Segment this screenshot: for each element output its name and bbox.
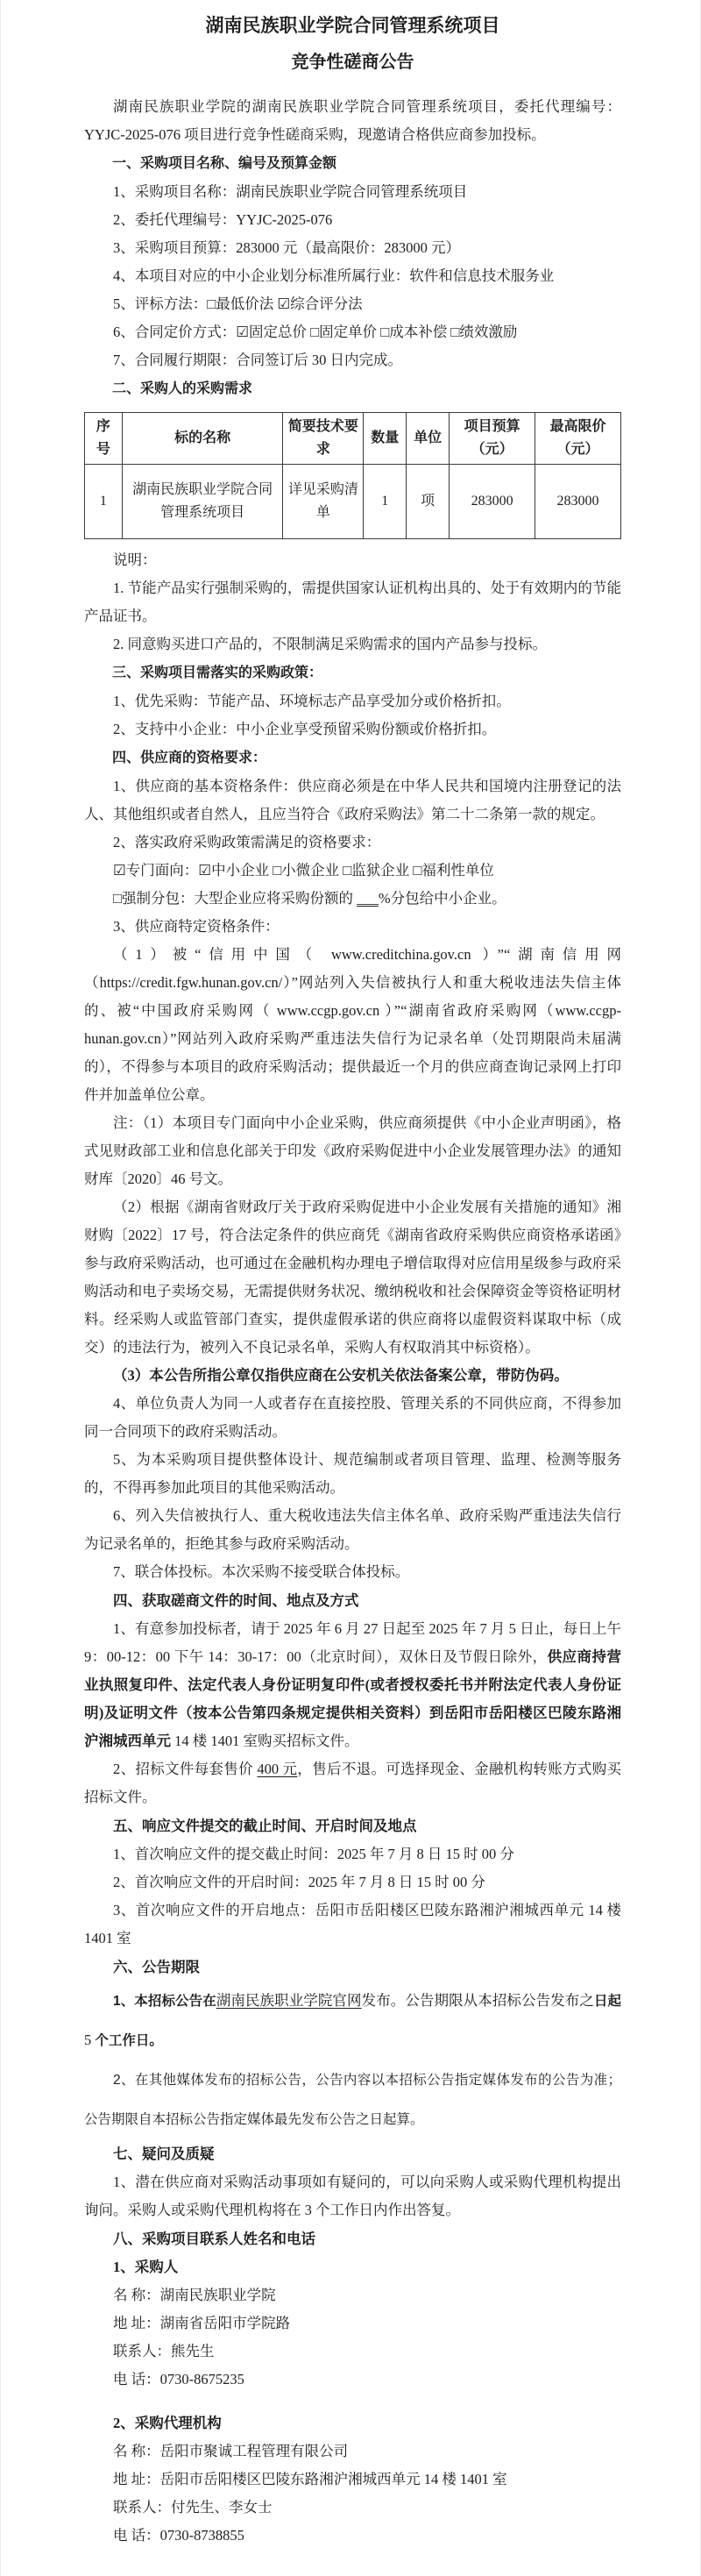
s1-item-2: 2、委托代理编号：YYJC-2025-076 (84, 206, 621, 234)
table-header-cell: 序号 (85, 413, 123, 465)
s3-item-1: 1、优先采购：节能产品、环境标志产品享受加分或价格折扣。 (84, 687, 621, 715)
s1-item-4: 4、本项目对应的中小企业划分标准所属行业：软件和信息技术服务业 (84, 262, 621, 290)
s6-item-2: 2、在其他媒体发布的招标公告，公告内容以本招标公告指定媒体发布的公告为准；公告期… (84, 2060, 621, 2139)
s4-item-4: 4、单位负责人为同一人或者存在直接控股、管理关系的不同供应商，不得参加同一合同项… (84, 1390, 621, 1446)
section-3-heading: 三、采购项目需落实的采购政策： (84, 658, 621, 687)
s4-item-5: 5、为本采购项目提供整体设计、规范编制或者项目管理、监理、检测等服务的，不得再参… (84, 1446, 621, 1502)
table-cell: 详见采购清单 (283, 465, 364, 539)
acquire-item-2: 2、招标文件每套售价 400 元，售后不退。可选择现金、金融机构转账方式购买招标… (84, 1755, 621, 1811)
table-note-label: 说明： (84, 546, 621, 574)
text-run: 2、在其他媒体发布的招标公告，公告内容以本招标公告指定媒体发布的公告为准；公告期… (84, 2073, 621, 2127)
text-run: 电 话：0730-8738855 (113, 2527, 244, 2544)
text-run: 1、本招标公告在 (113, 1994, 216, 2009)
section-4-heading: 四、供应商的资格要求： (84, 744, 621, 772)
table-header-cell: 项目预算（元） (450, 413, 535, 465)
text-run: 联系人：付先生、李女士 (113, 2499, 273, 2516)
text-run: 7、联合体投标。本次采购不接受联合体投标。 (113, 1563, 409, 1580)
text-run: （1）被“信用中国（ www.creditchina.gov.cn ）”“湖南信… (84, 946, 621, 1103)
table-cell: 1 (85, 465, 123, 539)
text-run: 3、供应商特定资格条件： (113, 918, 280, 935)
agency-heading: 2、采购代理机构 (84, 2409, 621, 2437)
text-run: 1. 节能产品实行强制采购的，需提供国家认证机构出具的、处于有效期内的节能产品证… (84, 580, 621, 624)
table-cell: 283000 (450, 465, 535, 539)
text-run: 1、采购人 (113, 2259, 178, 2275)
text-run: 6、合同定价方式：☑固定总价 □固定单价 □成本补偿 □绩效激励 (113, 324, 517, 340)
s1-item-1: 1、采购项目名称：湖南民族职业学院合同管理系统项目 (84, 178, 621, 206)
s4-checkbox-line-1: ☑专门面向：☑中小企业 □小微企业 □监狱企业 □福利性单位 (84, 857, 621, 885)
school-website-link[interactable]: 湖南民族职业学院官网 (216, 1992, 362, 2009)
text-run: 地 址：湖南省岳阳市学院路 (113, 2315, 290, 2331)
table-header-cell: 简要技术要求 (283, 413, 364, 465)
intro-paragraph: 湖南民族职业学院的湖南民族职业学院合同管理系统项目，委托代理编号：YYJC-20… (84, 93, 621, 149)
table-cell: 项 (407, 465, 450, 539)
agency-name: 名 称：岳阳市聚诚工程管理有限公司 (84, 2437, 621, 2466)
section-1-heading: 一、采购项目名称、编号及预算金额 (84, 149, 621, 178)
document-page: 湖南民族职业学院合同管理系统项目竞争性磋商公告湖南民族职业学院的湖南民族职业学院… (0, 0, 701, 2576)
text-run: 6、列入失信被执行人、重大税收违法失信主体名单、政府采购严重违法失信行为记录名单… (84, 1507, 621, 1552)
text-run: ___ (357, 890, 379, 907)
s4-checkbox-line-2: □强制分包：大型企业应将采购份额的 ___%分包给中小企业。 (84, 885, 621, 913)
text-run: 联系人：熊先生 (113, 2343, 215, 2359)
acquire-item-1: 1、有意参加投标者，请于 2025 年 6 月 27 日起至 2025 年 7 … (84, 1615, 621, 1755)
table-note-2: 2. 同意购买进口产品的，不限制满足采购需求的国内产品参与投标。 (84, 630, 621, 658)
text-run: 地 址：岳阳市岳阳楼区巴陵东路湘沪湘城西单元 14 楼 1401 室 (113, 2471, 507, 2487)
table-cell: 湖南民族职业学院合同管理系统项目 (122, 465, 283, 539)
text-run: 2、首次响应文件的开启时间：2025 年 7 月 8 日 15 时 00 分 (113, 1874, 485, 1890)
procurement-demand-table: 序号标的名称简要技术要求数量单位项目预算（元）最高限价（元）1湖南民族职业学院合… (84, 412, 621, 539)
text-run: 说明： (113, 551, 157, 568)
text-run: 2、委托代理编号：YYJC-2025-076 (113, 211, 332, 228)
s4-item-7: 7、联合体投标。本次采购不接受联合体投标。 (84, 1558, 621, 1586)
text-run: 日起 (594, 1994, 621, 2009)
section-doc-acquire-heading: 四、获取磋商文件的时间、地点及方式 (84, 1586, 621, 1615)
section-7-heading: 七、疑问及质疑 (84, 2139, 621, 2168)
text-run: （3）本公告所指公章仅指供应商在公安机关依法备案公章，带防伪码。 (113, 1367, 569, 1384)
text-run: 7、合同履行期限：合同签订后 30 日内完成。 (113, 352, 402, 368)
s4-note-3: （3）本公告所指公章仅指供应商在公安机关依法备案公章，带防伪码。 (84, 1362, 621, 1390)
text-run: 5、评标方法：□最低价法 ☑综合评分法 (113, 295, 363, 312)
table-header-cell: 单位 (407, 413, 450, 465)
table-note-1: 1. 节能产品实行强制采购的，需提供国家认证机构出具的、处于有效期内的节能产品证… (84, 574, 621, 630)
text-run: 4、本项目对应的中小企业划分标准所属行业：软件和信息技术服务业 (113, 267, 554, 284)
text-run: 1、首次响应文件的提交截止时间：2025 年 7 月 8 日 15 时 00 分 (113, 1846, 514, 1862)
text-run: 电 话：0730-8675235 (113, 2371, 244, 2387)
s4-item-2: 2、落实政府采购政策需满足的资格要求： (84, 829, 621, 857)
table-header-cell: 标的名称 (122, 413, 283, 465)
s5-item-2: 2、首次响应文件的开启时间：2025 年 7 月 8 日 15 时 00 分 (84, 1868, 621, 1896)
text-run: 发布。公告期限从本招标公告发布之 (362, 1992, 594, 2009)
s4-item-6: 6、列入失信被执行人、重大税收违法失信主体名单、政府采购严重违法失信行为记录名单… (84, 1502, 621, 1558)
section-6-heading: 六、公告期限 (84, 1953, 621, 1982)
text-run: ☑专门面向：☑中小企业 □小微企业 □监狱企业 □福利性单位 (113, 862, 494, 879)
table-cell: 1 (364, 465, 407, 539)
text-run: 湖南民族职业学院的湖南民族职业学院合同管理系统项目，委托代理编号：YYJC-20… (84, 98, 621, 143)
agency-address: 地 址：岳阳市岳阳楼区巴陵东路湘沪湘城西单元 14 楼 1401 室 (84, 2466, 621, 2494)
table-header-cell: 最高限价（元） (535, 413, 621, 465)
text-run: 2、落实政府采购政策需满足的资格要求： (113, 834, 380, 850)
purchaser-name: 名 称：湖南民族职业学院 (84, 2281, 621, 2309)
text-run: 1、供应商的基本资格条件：供应商必须是在中华人民共和国境内注册登记的法人、其他组… (84, 778, 621, 822)
s4-item-3: 3、供应商特定资格条件： (84, 913, 621, 941)
text-run: 3、采购项目预算：283000 元（最高限价：283000 元） (113, 239, 460, 256)
table-cell: 283000 (535, 465, 621, 539)
s1-item-7: 7、合同履行期限：合同签订后 30 日内完成。 (84, 346, 621, 374)
s1-item-6: 6、合同定价方式：☑固定总价 □固定单价 □成本补偿 □绩效激励 (84, 318, 621, 346)
section-2-heading: 二、采购人的采购需求 (84, 374, 621, 403)
text-run: %分包给中小企业。 (379, 890, 506, 907)
text-run: □强制分包：大型企业应将采购份额的 (113, 890, 357, 907)
text-run: 1、采购项目名称：湖南民族职业学院合同管理系统项目 (113, 183, 467, 200)
s5-item-3: 3、首次响应文件的开启地点：岳阳市岳阳楼区巴陵东路湘沪湘城西单元 14 楼 14… (84, 1896, 621, 1953)
purchaser-contact: 联系人：熊先生 (84, 2338, 621, 2366)
table-header-cell: 数量 (364, 413, 407, 465)
doc-title-project: 湖南民族职业学院合同管理系统项目 (84, 12, 621, 39)
text-run: 个工作日。 (95, 2033, 163, 2048)
s1-item-3: 3、采购项目预算：283000 元（最高限价：283000 元） (84, 234, 621, 262)
section-5-heading: 五、响应文件提交的截止时间、开启时间及地点 (84, 1811, 621, 1840)
text-run: 5 (84, 2032, 95, 2048)
text-run: 2、招标文件每套售价 (113, 1761, 257, 1777)
purchaser-heading: 1、采购人 (84, 2253, 621, 2281)
text-run: 4、单位负责人为同一人或者存在直接控股、管理关系的不同供应商，不得参加同一合同项… (84, 1395, 621, 1440)
s6-item-1: 1、本招标公告在湖南民族职业学院官网发布。公告期限从本招标公告发布之日起 5 个… (84, 1982, 621, 2060)
contact-section-gap (84, 2394, 621, 2409)
text-run: 名 称：岳阳市聚诚工程管理有限公司 (113, 2443, 348, 2459)
text-run: 名 称：湖南民族职业学院 (113, 2287, 276, 2303)
s4-note-2: （2）根据《湖南省财政厅关于政府采购促进中小企业发展有关措施的通知》湘财购〔20… (84, 1193, 621, 1362)
s4-note-1: 注：（1）本项目专门面向中小企业采购，供应商须提供《中小企业声明函》，格式见财政… (84, 1109, 621, 1193)
text-run: 2. 同意购买进口产品的，不限制满足采购需求的国内产品参与投标。 (113, 636, 547, 652)
purchaser-phone: 电 话：0730-8675235 (84, 2366, 621, 2394)
s3-item-2: 2、支持中小企业：中小企业享受预留采购份额或价格折扣。 (84, 715, 621, 744)
text-run: 14 楼 1401 室购买招标文件。 (171, 1733, 359, 1749)
section-8-heading: 八、采购项目联系人姓名和电话 (84, 2224, 621, 2253)
text-run: 400 元 (257, 1761, 297, 1777)
text-run: 5、为本采购项目提供整体设计、规范编制或者项目管理、监理、检测等服务的，不得再参… (84, 1451, 621, 1496)
text-run: 2、采购代理机构 (113, 2415, 222, 2431)
purchaser-address: 地 址：湖南省岳阳市学院路 (84, 2309, 621, 2338)
s5-item-1: 1、首次响应文件的提交截止时间：2025 年 7 月 8 日 15 时 00 分 (84, 1840, 621, 1868)
text-run: 注：（1）本项目专门面向中小企业采购，供应商须提供《中小企业声明函》，格式见财政… (84, 1114, 621, 1187)
text-run: 3、首次响应文件的开启地点：岳阳市岳阳楼区巴陵东路湘沪湘城西单元 14 楼 14… (84, 1902, 621, 1946)
text-run: 2、支持中小企业：中小企业享受预留采购份额或价格折扣。 (113, 721, 496, 737)
s7-item-1: 1、潜在供应商对采购活动事项如有疑问的，可以向采购人或采购代理机构提出询问。采购… (84, 2168, 621, 2224)
agency-phone: 电 话：0730-8738855 (84, 2522, 621, 2550)
text-run: 1、优先采购：节能产品、环境标志产品享受加分或价格折扣。 (113, 693, 511, 709)
text-run: 1、潜在供应商对采购活动事项如有疑问的，可以向采购人或采购代理机构提出询问。采购… (84, 2174, 621, 2218)
s4-item-3-1: （1）被“信用中国（ www.creditchina.gov.cn ）”“湖南信… (84, 941, 621, 1109)
s1-item-5: 5、评标方法：□最低价法 ☑综合评分法 (84, 290, 621, 318)
agency-contact: 联系人：付先生、李女士 (84, 2494, 621, 2522)
s4-item-1: 1、供应商的基本资格条件：供应商必须是在中华人民共和国境内注册登记的法人、其他组… (84, 772, 621, 829)
table-row: 1湖南民族职业学院合同管理系统项目详见采购清单1项283000283000 (85, 465, 621, 539)
text-run: 1、有意参加投标者，请于 2025 年 6 月 27 日起至 2025 年 7 … (84, 1620, 621, 1665)
doc-title-announcement: 竞争性磋商公告 (84, 49, 621, 75)
text-run: （2）根据《湖南省财政厅关于政府采购促进中小企业发展有关措施的通知》湘财购〔20… (84, 1199, 621, 1356)
